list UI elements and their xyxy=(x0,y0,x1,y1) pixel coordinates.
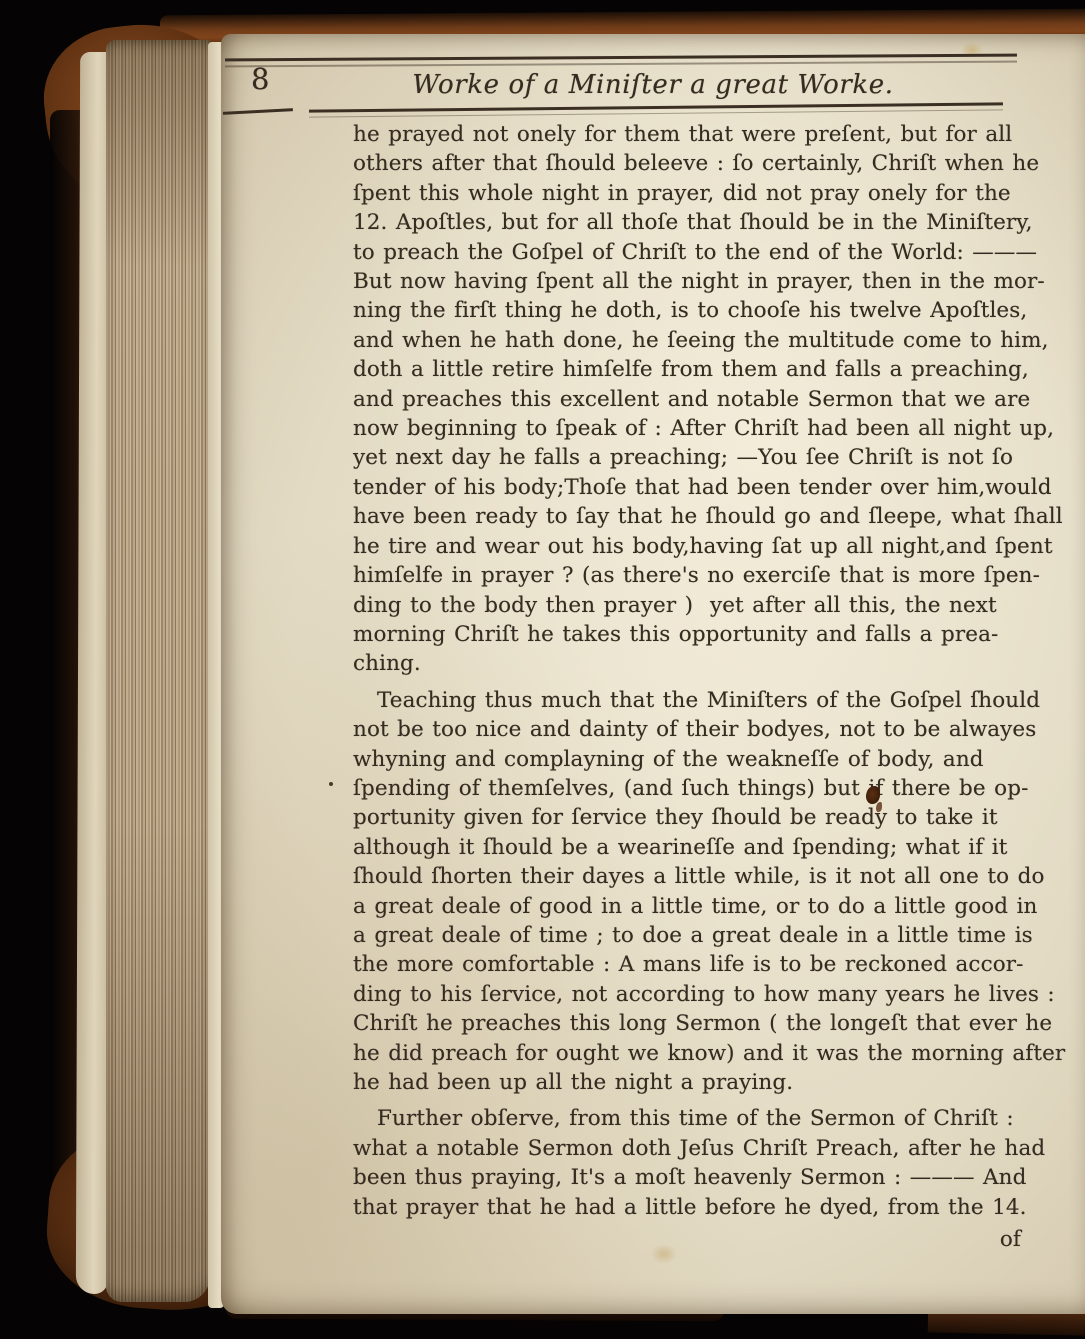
text-line: to preach the Goſpel of Chriſt to the en… xyxy=(353,238,1021,267)
text-line: ſpent this whole night in prayer, did no… xyxy=(353,179,1021,208)
text-line: ding to his ſervice, not according to ho… xyxy=(353,980,1021,1009)
text-line: himſelfe in prayer ? (as there's no exer… xyxy=(353,561,1021,590)
text-line: ding to the body then prayer ) yet after… xyxy=(353,591,1021,620)
paragraph: Teaching thus much that the Miniſters of… xyxy=(353,686,1021,1098)
text-line: now beginning to ſpeak of : After Chriſt… xyxy=(353,414,1021,443)
text-line: morning Chriſt he takes this opportunity… xyxy=(353,620,1021,649)
text-line: tender of his body;Thoſe that had been t… xyxy=(353,473,1021,502)
text-line: others after that ſhould beleeve : ſo ce… xyxy=(353,149,1021,178)
margin-ink-dot xyxy=(329,782,333,786)
running-header: Worke of a Miniſter a great Worke. xyxy=(281,70,1025,100)
paragraph: he prayed not onely for them that were p… xyxy=(353,120,1021,679)
text-line: doth a little retire himſelfe from them … xyxy=(353,355,1021,384)
page-surface: 8 Worke of a Miniſter a great Worke. he … xyxy=(221,34,1085,1314)
text-line: that prayer that he had a little before … xyxy=(353,1193,1021,1222)
book-photo: 8 Worke of a Miniſter a great Worke. he … xyxy=(0,0,1085,1339)
header-rule-top xyxy=(225,54,1017,68)
catchword: of xyxy=(353,1225,1021,1254)
text-block: he prayed not onely for them that were p… xyxy=(353,120,1021,1254)
text-line: ſpending of themſelves, (and ſuch things… xyxy=(353,774,1021,803)
text-line: 12. Apoſtles, but for all thoſe that ſho… xyxy=(353,208,1021,237)
header-rule-bottom xyxy=(309,102,1003,117)
paragraph: Further obſerve, from this time of the S… xyxy=(353,1104,1021,1222)
text-line: he did preach for ought we know) and it … xyxy=(353,1039,1021,1068)
header-rule-bottom-left-segment xyxy=(223,108,293,118)
text-line: portunity given for ſervice they ſhould … xyxy=(353,803,1021,832)
text-line: not be too nice and dainty of their body… xyxy=(353,715,1021,744)
text-line: But now having ſpent all the night in pr… xyxy=(353,267,1021,296)
text-line: been thus praying, It's a moſt heavenly … xyxy=(353,1163,1021,1192)
text-line: yet next day he falls a preaching; —You … xyxy=(353,443,1021,472)
text-line: a great deale of time ; to doe a great d… xyxy=(353,921,1021,950)
text-line: Chriſt he preaches this long Sermon ( th… xyxy=(353,1009,1021,1038)
paper-stain xyxy=(651,1244,677,1264)
text-line: and preaches this excellent and notable … xyxy=(353,385,1021,414)
page-block-fore-edge xyxy=(106,40,210,1302)
text-line: ning the firſt thing he doth, is to choo… xyxy=(353,296,1021,325)
text-line: have been ready to ſay that he ſhould go… xyxy=(353,502,1021,531)
text-line: ching. xyxy=(353,649,1021,678)
text-line: what a notable Sermon doth Jeſus Chriſt … xyxy=(353,1134,1021,1163)
text-line: Further obſerve, from this time of the S… xyxy=(353,1104,1021,1133)
text-line: whyning and complayning of the weakneſſe… xyxy=(353,745,1021,774)
text-line: and when he hath done, he ſeeing the mul… xyxy=(353,326,1021,355)
text-line: although it ſhould be a wearineſſe and ſ… xyxy=(353,833,1021,862)
text-line: he prayed not onely for them that were p… xyxy=(353,120,1021,149)
text-line: ſhould ſhorten their dayes a little whil… xyxy=(353,862,1021,891)
text-line: the more comfortable : A mans life is to… xyxy=(353,950,1021,979)
text-line: he had been up all the night a praying. xyxy=(353,1068,1021,1097)
text-line: he tire and wear out his body,having ſat… xyxy=(353,532,1021,561)
text-line: a great deale of good in a little time, … xyxy=(353,892,1021,921)
text-line: Teaching thus much that the Miniſters of… xyxy=(353,686,1021,715)
